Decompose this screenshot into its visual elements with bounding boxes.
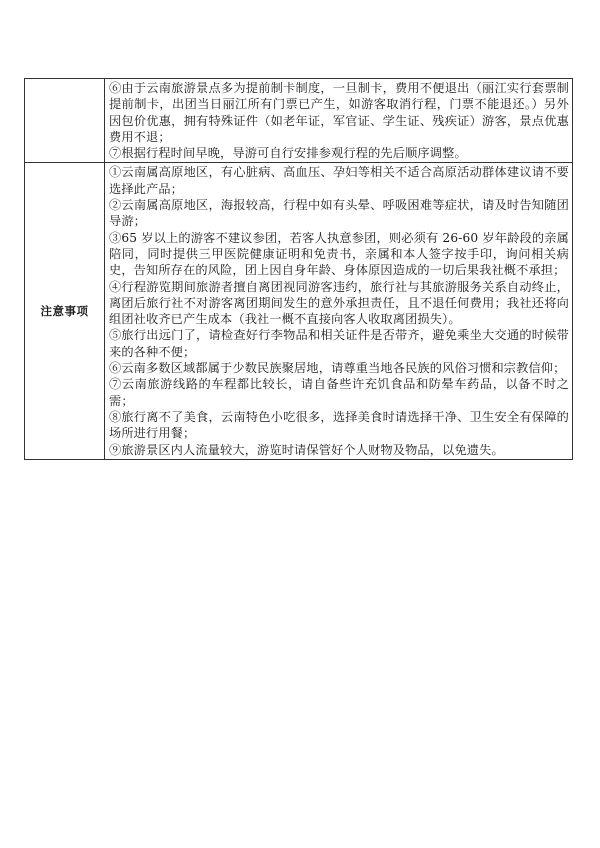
- notes-table: ⑥由于云南旅游景点多为提前制卡制度，一旦制卡，费用不便退出（丽江实行套票制提前制…: [24, 78, 573, 460]
- terms-content: ⑥由于云南旅游景点多为提前制卡制度，一旦制卡，费用不便退出（丽江实行套票制提前制…: [105, 79, 573, 163]
- note-item-9: ⑨旅游景区内人流量较大，游览时请保管好个人财物及物品，以免遗失。: [109, 442, 569, 458]
- row-label-empty: [25, 79, 105, 163]
- term-item-7: ⑦根据行程时间早晚，导游可自行安排参观行程的先后顺序调整。: [109, 145, 569, 161]
- note-item-8: ⑧旅行离不了美食，云南特色小吃很多，选择美食时请选择干净、卫生安全有保障的场所进…: [109, 409, 569, 442]
- note-item-7: ⑦云南旅游线路的车程都比较长，请自备些许充饥食品和防晕车药品，以备不时之需；: [109, 376, 569, 409]
- row-label-notes: 注意事项: [25, 163, 105, 459]
- note-item-6: ⑥云南多数区域都属于少数民族聚居地，请尊重当地各民族的风俗习惯和宗教信仰；: [109, 360, 569, 376]
- note-item-3: ③65 岁以上的游客不建议参团，若客人执意参团，则必须有 26-60 岁年龄段的…: [109, 230, 569, 279]
- note-item-2: ②云南属高原地区，海报较高，行程中如有头晕、呼吸困难等症状，请及时告知随团导游；: [109, 197, 569, 230]
- table-row-notes: 注意事项 ①云南属高原地区，有心脏病、高血压、孕妇等相关不适合高原活动群体建议请…: [25, 163, 573, 459]
- term-item-6: ⑥由于云南旅游景点多为提前制卡制度，一旦制卡，费用不便退出（丽江实行套票制提前制…: [109, 80, 569, 145]
- note-item-5: ⑤旅行出远门了，请检查好行李物品和相关证件是否带齐，避免乘坐大交通的时候带来的各…: [109, 327, 569, 360]
- table-row-continued-terms: ⑥由于云南旅游景点多为提前制卡制度，一旦制卡，费用不便退出（丽江实行套票制提前制…: [25, 79, 573, 163]
- note-item-4: ④行程游览期间旅游者擅自离团视同游客违约，旅行社与其旅游服务关系自动终止，离团后…: [109, 279, 569, 328]
- note-item-1: ①云南属高原地区，有心脏病、高血压、孕妇等相关不适合高原活动群体建议请不要选择此…: [109, 164, 569, 197]
- notes-content: ①云南属高原地区，有心脏病、高血压、孕妇等相关不适合高原活动群体建议请不要选择此…: [105, 163, 573, 459]
